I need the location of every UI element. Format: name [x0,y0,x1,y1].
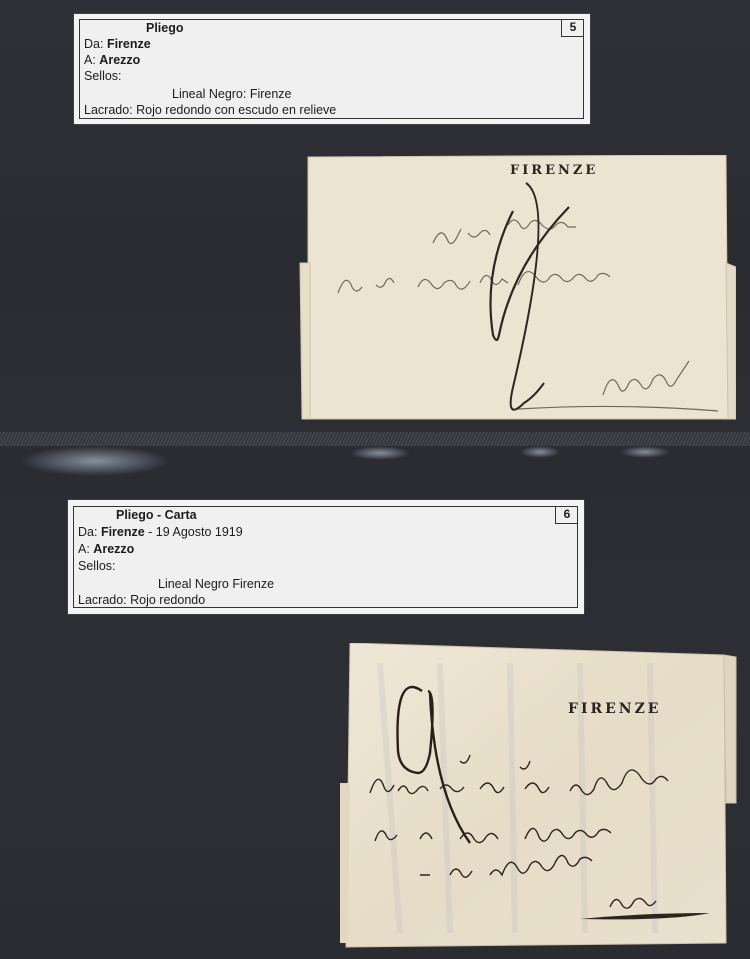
seal-label: Lacrado: [78,593,130,607]
label-from: Da: Firenze [84,36,151,52]
seal-value: Rojo redondo con escudo en relieve [136,103,336,117]
firenze-handstamp: FIRENZE [510,163,598,178]
label-stamps-value: Lineal Negro Firenze [158,576,274,592]
plastic-glare [350,446,410,460]
label-stamps: Sellos: [78,558,116,574]
to-value: Arezzo [99,53,140,67]
seal-value: Rojo redondo [130,593,205,607]
label-from: Da: Firenze - 19 Agosto 1919 [78,524,243,540]
from-label: Da: [84,37,107,51]
from-value: Firenze [107,37,151,51]
label-to: A: Arezzo [84,52,140,68]
seal-label: Lacrado: [84,103,136,117]
folded-letter-5: FIRENZE [298,155,736,421]
item-number: 6 [555,506,578,524]
plastic-glare [520,446,560,458]
to-label: A: [84,53,99,67]
label-title: Pliego - Carta [116,507,197,523]
label-to: A: Arezzo [78,541,134,557]
label-stamps-value: Lineal Negro: Firenze [172,86,292,102]
label-seal: Lacrado: Rojo redondo con escudo en reli… [84,102,336,118]
plastic-glare [620,446,670,458]
letter-6-drawing [340,643,738,948]
plastic-glare [20,446,170,476]
label-stamps: Sellos: [84,68,122,84]
item-number: 5 [561,19,584,37]
folded-letter-6: FIRENZE [340,643,738,948]
item-label-6: 6 Pliego - Carta Da: Firenze - 19 Agosto… [68,500,584,614]
label-title: Pliego [146,20,184,36]
label-seal: Lacrado: Rojo redondo [78,592,205,608]
from-extra: - 19 Agosto 1919 [145,525,243,539]
from-value: Firenze [101,525,145,539]
to-label: A: [78,542,93,556]
from-label: Da: [78,525,101,539]
letter-5-drawing [298,155,736,421]
firenze-handstamp: FIRENZE [568,701,661,717]
item-label-5: 5 Pliego Da: Firenze A: Arezzo Sellos: L… [74,14,590,124]
to-value: Arezzo [93,542,134,556]
